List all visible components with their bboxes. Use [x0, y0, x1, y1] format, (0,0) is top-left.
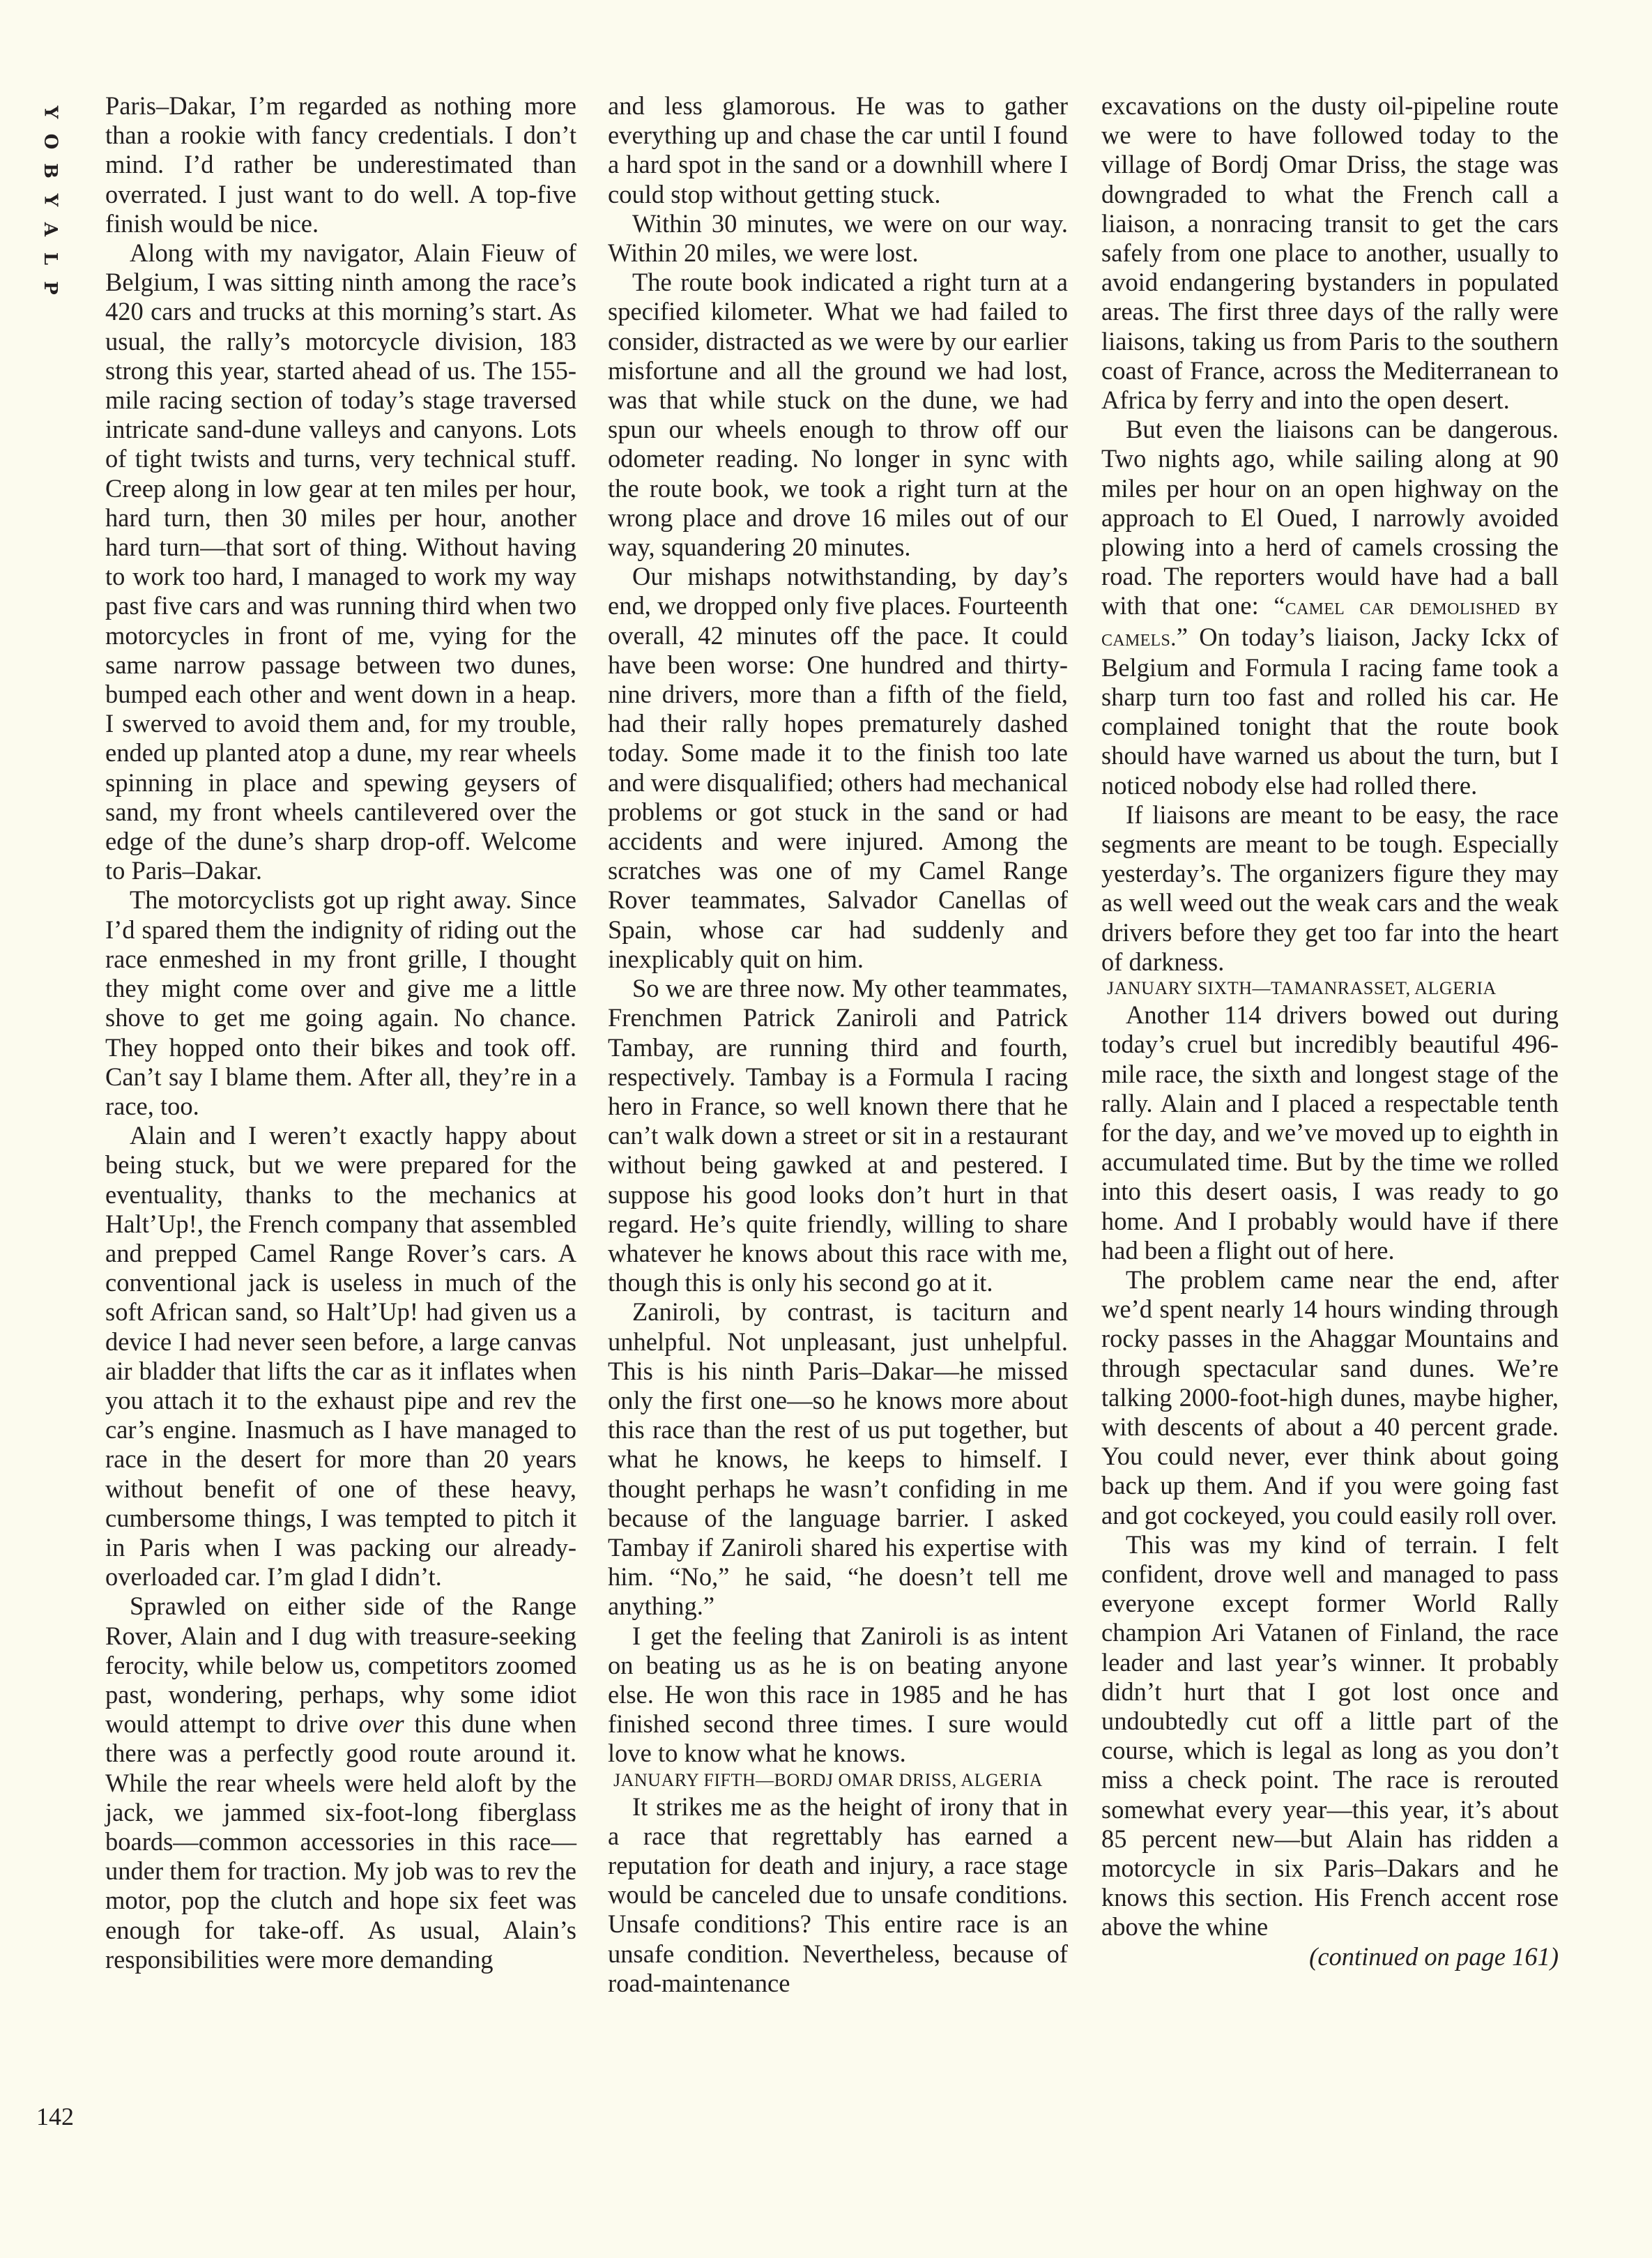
magazine-letter: P: [36, 281, 65, 295]
paragraph: Along with my navigator, Alain Fieuw of …: [105, 238, 576, 885]
magazine-name-vertical: Y O B Y A L P: [36, 98, 64, 303]
paragraph: Paris–Dakar, I’m regarded as nothing mor…: [105, 91, 576, 238]
paragraph: The motorcyclists got up right away. Sin…: [105, 885, 576, 1121]
article-column-3: excavations on the dusty oil-pipeline ro…: [1101, 91, 1559, 1971]
paragraph: Our mishaps notwithstanding, by day’s en…: [608, 562, 1068, 974]
paragraph: excavations on the dusty oil-pipeline ro…: [1101, 91, 1559, 415]
page-number: 142: [36, 2103, 74, 2130]
paragraph: Sprawled on either side of the Range Rov…: [105, 1592, 576, 1974]
paragraph: It strikes me as the height of irony tha…: [608, 1792, 1068, 1998]
paragraph: The problem came near the end, after we’…: [1101, 1265, 1559, 1530]
paragraph-text: this dune when there was a perfectly goo…: [105, 1709, 576, 1974]
dateline-heading: January Sixth—Tamanrasset, Algeria: [1101, 977, 1559, 1000]
italic-emphasis: over: [359, 1709, 404, 1738]
paragraph: Alain and I weren’t exactly happy about …: [105, 1121, 576, 1592]
paragraph: and less glamorous. He was to gather eve…: [608, 91, 1068, 209]
magazine-letter: Y: [36, 194, 65, 207]
paragraph: The route book indicated a right turn at…: [608, 268, 1068, 562]
article-column-2: and less glamorous. He was to gather eve…: [608, 91, 1068, 1998]
magazine-letter: O: [36, 134, 65, 150]
paragraph-text: But even the liaisons can be dangerous. …: [1101, 415, 1559, 620]
paragraph: But even the liaisons can be dangerous. …: [1101, 415, 1559, 800]
continued-on-page-link: (continued on page 161): [1101, 1942, 1559, 1971]
article-column-1: Paris–Dakar, I’m regarded as nothing mor…: [105, 91, 576, 1974]
paragraph: Zaniroli, by contrast, is taciturn and u…: [608, 1297, 1068, 1621]
paragraph: Within 30 minutes, we were on our way. W…: [608, 209, 1068, 268]
paragraph: If liaisons are meant to be easy, the ra…: [1101, 800, 1559, 977]
magazine-letter: B: [36, 163, 65, 178]
paragraph: This was my kind of terrain. I felt conf…: [1101, 1530, 1559, 1942]
magazine-letter: L: [36, 252, 65, 265]
dateline-heading: January Fifth—Bordj Omar Driss, Algeria: [608, 1769, 1068, 1792]
paragraph: I get the feeling that Zaniroli is as in…: [608, 1622, 1068, 1769]
magazine-letter: Y: [36, 106, 65, 119]
magazine-letter: A: [36, 222, 65, 236]
paragraph: So we are three now. My other teammates,…: [608, 974, 1068, 1297]
paragraph: Another 114 drivers bowed out during tod…: [1101, 1000, 1559, 1265]
